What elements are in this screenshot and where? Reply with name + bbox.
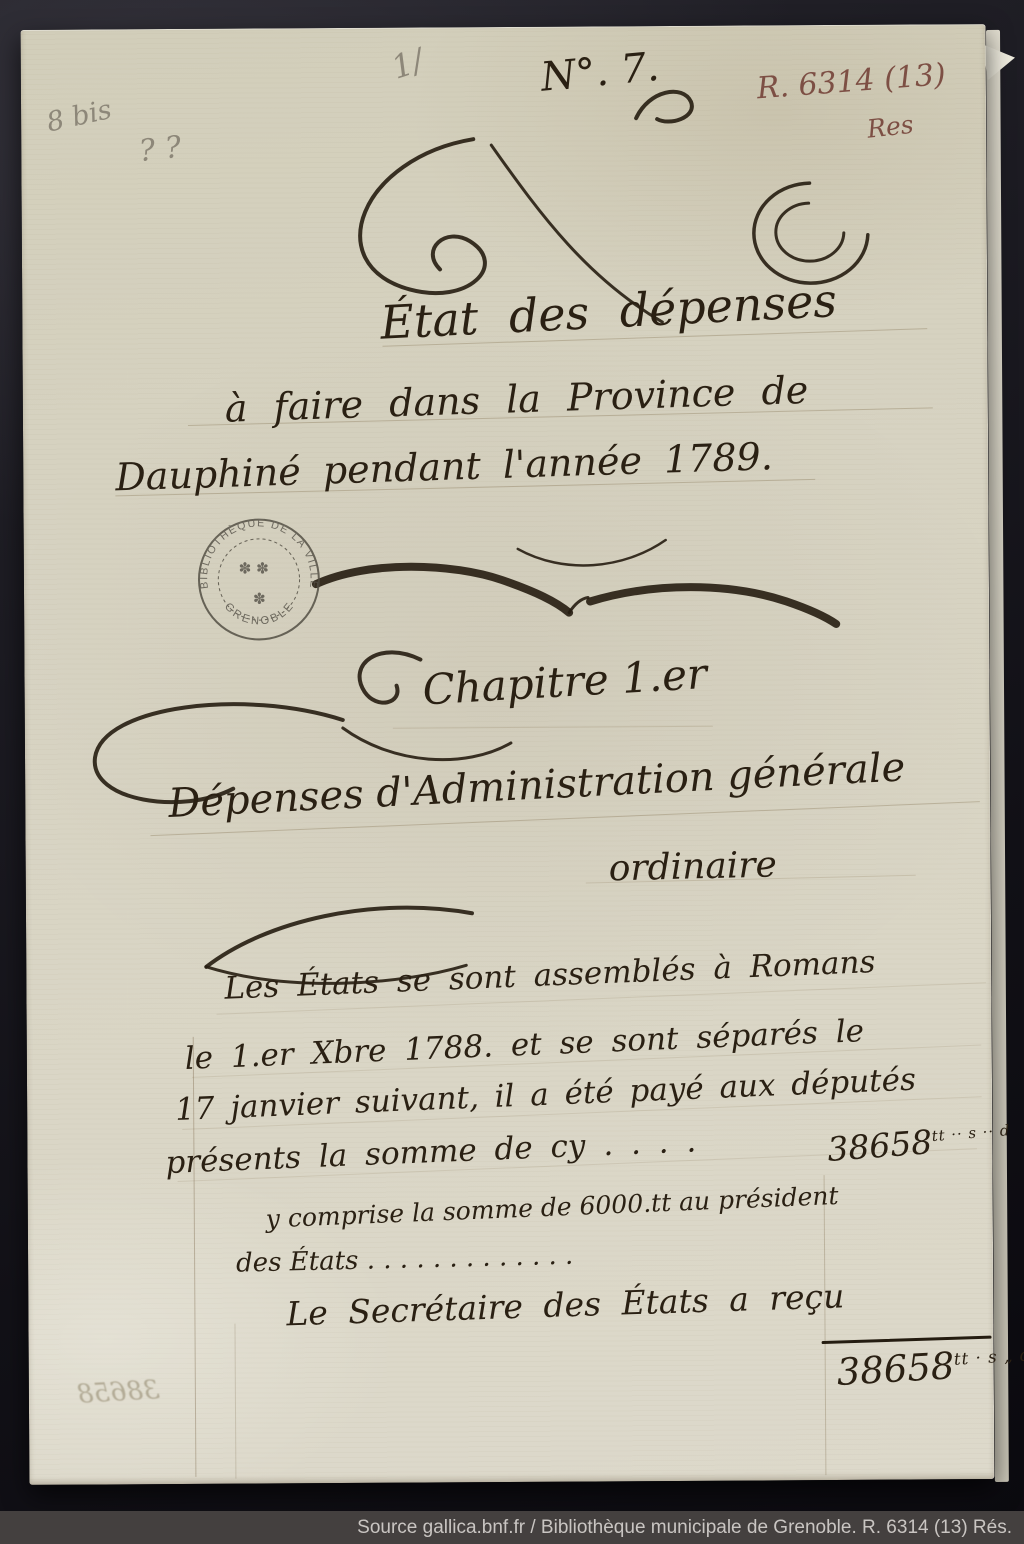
photograph-background: 1/ 8 bis ?? R. 6314 (13) Res N°. 7. État… — [0, 0, 1024, 1544]
source-attribution: Source gallica.bnf.fr / Bibliothèque mun… — [357, 1517, 1012, 1539]
bleed-through-text: 38658 — [76, 1375, 160, 1410]
stamp-ornament-bottom: ✽ — [253, 590, 266, 608]
amount-units: tt ·· s ·· d — [931, 1121, 1011, 1145]
library-stamp: BIBLIOTHÈQUE DE LA VILLE GRENOBLE ✽ ✽ ✽ — [194, 516, 325, 643]
amount-value: 38658 — [826, 1122, 934, 1169]
stamp-ornaments-top: ✽ ✽ — [238, 559, 268, 577]
stamp-ring-text: BIBLIOTHÈQUE DE LA VILLE — [198, 517, 320, 591]
chapter-subheading-2: ordinaire — [608, 844, 777, 889]
total-units: tt · s „ d „ — [953, 1344, 1024, 1368]
svg-text:BIBLIOTHÈQUE DE LA VILLE: BIBLIOTHÈQUE DE LA VILLE — [198, 517, 320, 591]
shelfmark-pencil-res: Res — [866, 110, 915, 144]
total-value: 38658 — [836, 1344, 956, 1394]
pencil-note-question: ?? — [137, 129, 193, 170]
gallica-caption-bar: Source gallica.bnf.fr / Bibliothèque mun… — [0, 1511, 1024, 1544]
manuscript-page: 1/ 8 bis ?? R. 6314 (13) Res N°. 7. État… — [21, 24, 995, 1485]
